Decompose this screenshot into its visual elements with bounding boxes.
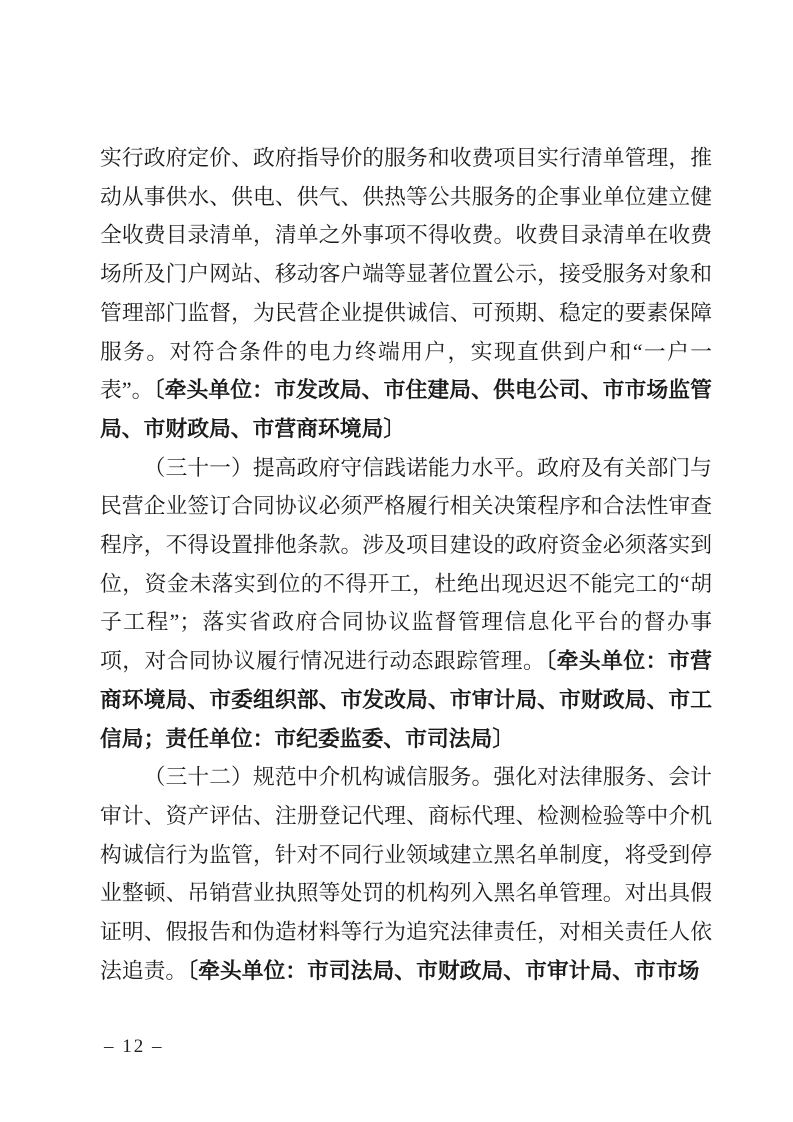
body-text: 强化对法律服务、会计审计、资产评估、注册登记代理、商标代理、检测检验等中介机构诚… <box>100 765 712 983</box>
lead-unit-clause: 〔牵头单位：市发改局、市住建局、供电公司、市市场监管局、市财政局、市营商环境局〕 <box>100 377 712 441</box>
section-heading-32: （三十二）规范中介机构诚信服务。 <box>144 765 494 789</box>
body-text: 实行政府定价、政府指导价的服务和收费项目实行清单管理，推动从事供水、供电、供气、… <box>100 146 712 402</box>
page-number: – 12 – <box>104 1035 164 1059</box>
paragraph-continuation: 实行政府定价、政府指导价的服务和收费项目实行清单管理，推动从事供水、供电、供气、… <box>100 139 712 449</box>
text-block: 实行政府定价、政府指导价的服务和收费项目实行清单管理，推动从事供水、供电、供气、… <box>100 139 712 990</box>
paragraph-item-32: （三十二）规范中介机构诚信服务。强化对法律服务、会计审计、资产评估、注册登记代理… <box>100 758 712 990</box>
section-heading-31: （三十一）提高政府守信践诺能力水平。 <box>144 456 538 480</box>
paragraph-item-31: （三十一）提高政府守信践诺能力水平。政府及有关部门与民营企业签订合同协议必须严格… <box>100 449 712 759</box>
document-page: 实行政府定价、政府指导价的服务和收费项目实行清单管理，推动从事供水、供电、供气、… <box>0 0 793 1122</box>
lead-unit-clause: 〔牵头单位：市司法局、市财政局、市审计局、市市场 <box>187 958 699 983</box>
body-text: 政府及有关部门与民营企业签订合同协议必须严格履行相关决策程序和合法性审查程序，不… <box>100 456 712 674</box>
